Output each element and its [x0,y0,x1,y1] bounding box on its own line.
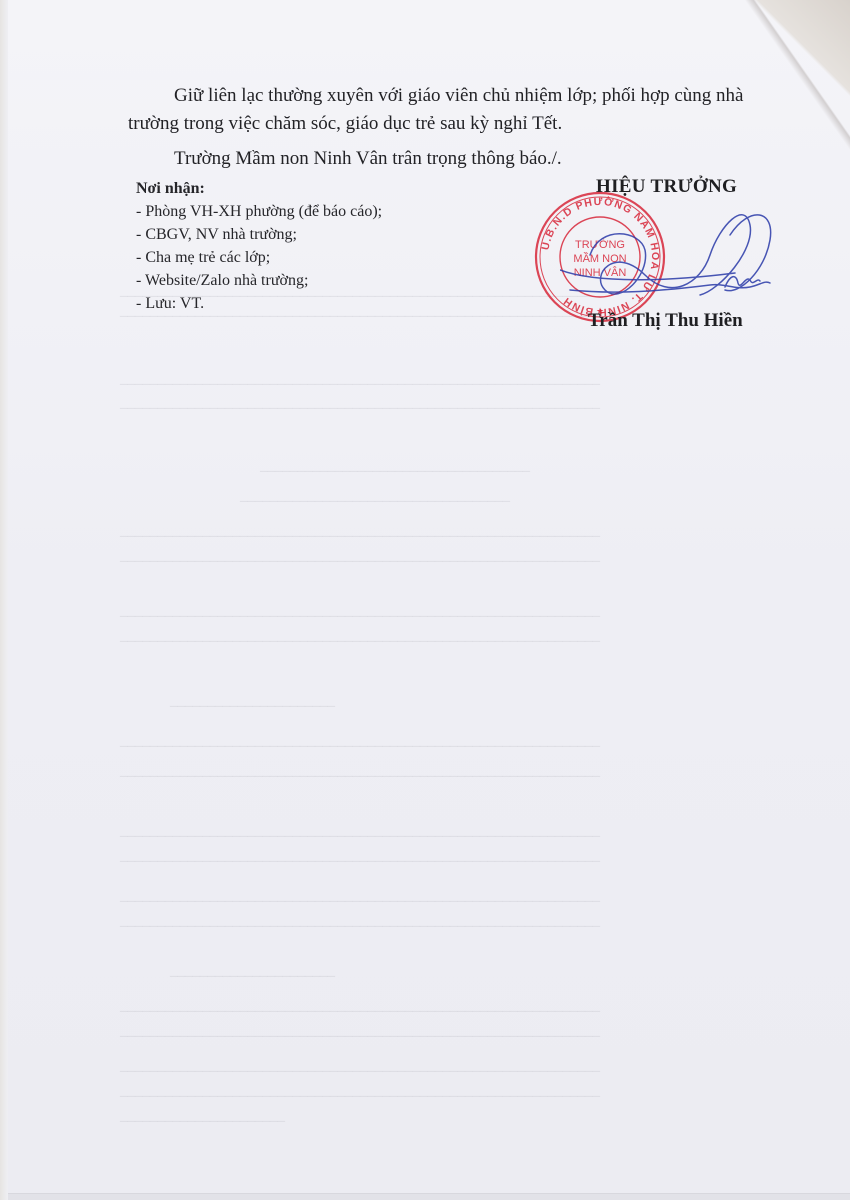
recipient-item: - Website/Zalo nhà trường; [136,269,382,292]
recipient-item: - CBGV, NV nhà trường; [136,223,382,246]
recipients-title: Nơi nhận: [136,177,382,200]
handwritten-signature [560,195,785,325]
page-edge [0,0,8,1200]
signer-name: Trần Thị Thu Hiền [588,310,743,332]
page-edge [8,1193,850,1200]
recipient-item: - Phòng VH-XH phường (để báo cáo); [136,200,382,223]
recipient-item: - Cha mẹ trẻ các lớp; [136,246,382,269]
closing-statement: Trường Mầm non Ninh Vân trân trọng thông… [174,145,562,173]
document-page: ________________________________________… [0,0,850,1200]
recipient-item: - Lưu: VT. [136,292,382,315]
closing-paragraph: Giữ liên lạc thường xuyên với giáo viên … [128,82,788,138]
recipients-block: Nơi nhận: - Phòng VH-XH phường (để báo c… [136,177,382,315]
